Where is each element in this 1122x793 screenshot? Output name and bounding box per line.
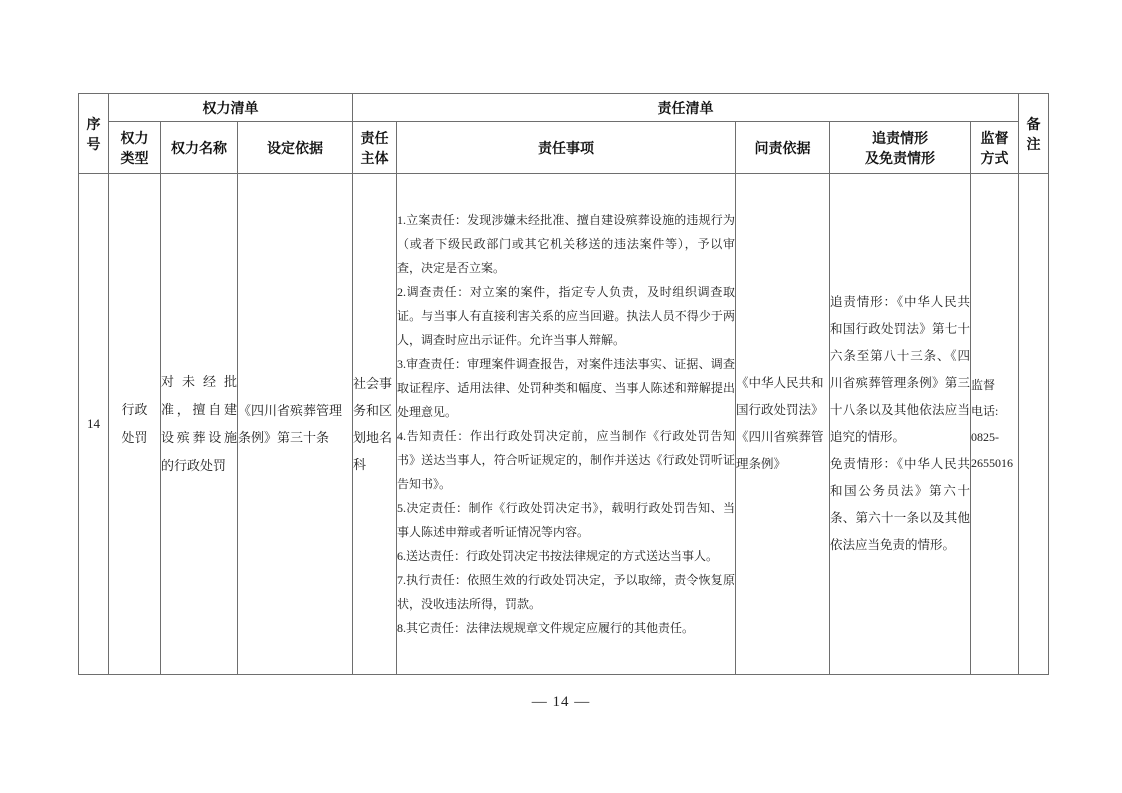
duty-item: 3.审查责任：审理案件调查报告，对案件违法事实、证据、调查取证程序、适用法律、处… [397, 352, 735, 424]
header-remarks: 备 注 [1019, 94, 1049, 174]
cell-accountability-basis: 《中华人民共和国行政处罚法》《四川省殡葬管理条例》 [736, 174, 830, 675]
duty-item: 6.送达责任：行政处罚决定书按法律规定的方式送达当事人。 [397, 544, 735, 568]
duty-item: 5.决定责任：制作《行政处罚决定书》，载明行政处罚告知、当事人陈述申辩或者听证情… [397, 496, 735, 544]
header-setting-basis: 设定依据 [238, 122, 353, 174]
power-duty-table: 序 号 权力清单 责任清单 备 注 权力 类型 权力名称 设定依据 责任 主体 … [78, 93, 1049, 675]
cell-serial-number: 14 [79, 174, 109, 675]
accountability-situation: 追责情形：《中华人民共和国行政处罚法》第七十六条至第八十三条、《四川省殡葬管理条… [830, 289, 970, 451]
header-accountability-basis: 问责依据 [736, 122, 830, 174]
header-duty-subject: 责任 主体 [353, 122, 397, 174]
header-power-name: 权力名称 [161, 122, 238, 174]
duty-item: 2.调查责任：对立案的案件，指定专人负责，及时组织调查取证。与当事人有直接利害关… [397, 280, 735, 352]
header-group-power-list: 权力清单 [109, 94, 353, 122]
header-accountability-situations: 追责情形 及免责情形 [830, 122, 971, 174]
header-serial: 序 号 [79, 94, 109, 174]
cell-power-type: 行政 处罚 [109, 174, 161, 675]
page-number: — 14 — [0, 694, 1122, 711]
cell-supervision-method: 监督 电话: 0825- 2655016 [971, 174, 1019, 675]
header-power-type: 权力 类型 [109, 122, 161, 174]
cell-accountability-situations: 追责情形：《中华人民共和国行政处罚法》第七十六条至第八十三条、《四川省殡葬管理条… [830, 174, 971, 675]
duty-item: 4.告知责任：作出行政处罚决定前，应当制作《行政处罚告知书》送达当事人，符合听证… [397, 424, 735, 496]
header-supervision-method: 监督 方式 [971, 122, 1019, 174]
cell-duty-items: 1.立案责任：发现涉嫌未经批准、擅自建设殡葬设施的违规行为（或者下级民政部门或其… [397, 174, 736, 675]
cell-power-name: 对未经批准，擅自建设殡葬设施的行政处罚 [161, 174, 238, 675]
cell-duty-subject: 社会事务和区划地名科 [353, 174, 397, 675]
duty-item: 8.其它责任：法律法规规章文件规定应履行的其他责任。 [397, 616, 735, 640]
document-page: 序 号 权力清单 责任清单 备 注 权力 类型 权力名称 设定依据 责任 主体 … [0, 0, 1122, 793]
header-duty-items: 责任事项 [397, 122, 736, 174]
header-group-duty-list: 责任清单 [353, 94, 1019, 122]
cell-setting-basis: 《四川省殡葬管理条例》第三十条 [238, 174, 353, 675]
cell-remarks [1019, 174, 1049, 675]
exemption-situation: 免责情形：《中华人民共和国公务员法》第六十条、第六十一条以及其他依法应当免责的情… [830, 451, 970, 559]
table-row: 14 行政 处罚 对未经批准，擅自建设殡葬设施的行政处罚 《四川省殡葬管理条例》… [79, 174, 1049, 675]
duty-item: 1.立案责任：发现涉嫌未经批准、擅自建设殡葬设施的违规行为（或者下级民政部门或其… [397, 208, 735, 280]
duty-item: 7.执行责任：依照生效的行政处罚决定，予以取缔，责令恢复原状，没收违法所得，罚款… [397, 568, 735, 616]
